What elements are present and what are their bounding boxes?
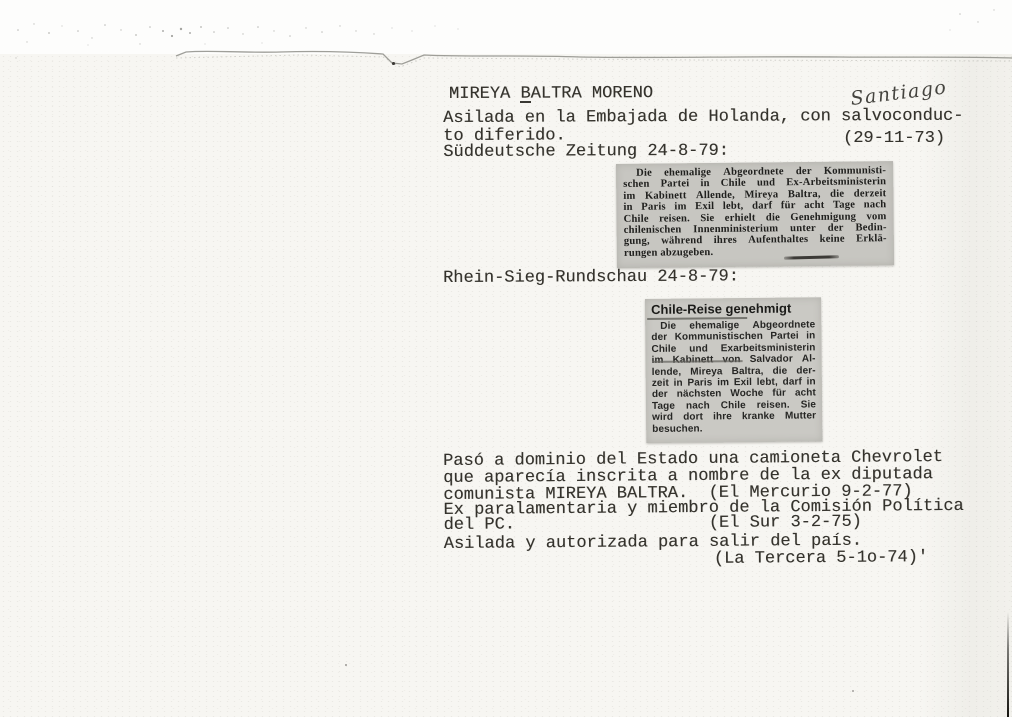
letter-b-underline-mark bbox=[520, 101, 531, 103]
clipping-body-text: DieehemaligeAbgeordnetederKommunisti-sch… bbox=[623, 165, 887, 259]
clipping-text-line: rungen abzugeben. bbox=[624, 245, 887, 259]
clipping-headline: Chile-Reise genehmigt bbox=[651, 300, 815, 317]
clipping-text-line: besuchen. bbox=[652, 422, 816, 435]
ink-fleck bbox=[852, 690, 854, 692]
typed-notes-block: Pasó a dominio del Estado una camioneta … bbox=[443, 449, 1004, 583]
subject-name-title: MIREYA BALTRA MORENO bbox=[449, 85, 653, 103]
citation-la-tercera: (La Tercera 5-1o-74)' bbox=[714, 549, 928, 568]
note-line-with-citation: del PC. (El Sur 3-2-75) bbox=[444, 514, 862, 534]
ink-fleck bbox=[392, 62, 395, 65]
date-annotation: (29-11-73) bbox=[843, 130, 945, 147]
scanned-document-page: MIREYA BALTRA MORENO Asilada en la Embaj… bbox=[0, 0, 1012, 717]
newspaper-clipping-rhein-sieg: Chile-Reise genehmigt DieehemaligeAbgeor… bbox=[645, 297, 822, 443]
ink-dash-mark bbox=[784, 255, 839, 260]
clipping-text-line: zeitinParisimExillebt,darfin bbox=[652, 376, 816, 389]
source-heading-sueddeutsche: Süddeutsche Zeitung 24-8-79: bbox=[443, 143, 729, 161]
ink-fleck bbox=[345, 664, 347, 666]
scan-speckles bbox=[0, 0, 1012, 90]
newspaper-clipping-sueddeutsche: DieehemaligeAbgeordnetederKommunisti-sch… bbox=[616, 161, 894, 268]
clipping-body-text: DieehemaligeAbgeordnetederKommunistische… bbox=[651, 319, 816, 435]
scan-edge-artifact bbox=[1007, 612, 1009, 717]
clipping-text-line: wirddortihrekrankeMutter bbox=[652, 411, 816, 424]
asylum-status-line1: Asilada en la Embajada de Holanda, con s… bbox=[443, 108, 963, 127]
source-heading-rhein-sieg: Rhein-Sieg-Rundschau 24-8-79: bbox=[443, 268, 739, 287]
